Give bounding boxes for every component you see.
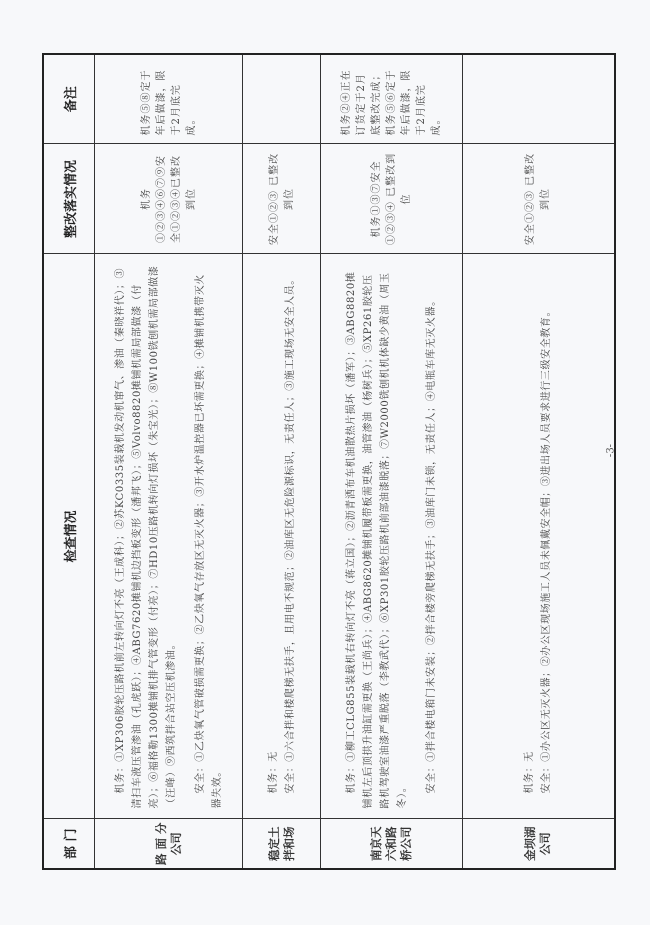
rectification-cell: 机务①③⑦安全①②③④ 已整改到位 bbox=[321, 144, 463, 254]
department-cell: 金坝湖 公司 bbox=[463, 819, 615, 869]
inspection-cell: 机务：无 安全：①办公区无灭火器；②办公区现场施工人员未佩戴安全帽；③进出场人员… bbox=[463, 254, 615, 819]
machinery-findings: 机务：①XP306胶轮压路机前左转向灯不亮（王成科）；②苏KC0335装载机发动… bbox=[112, 265, 180, 809]
safety-findings: 安全：①办公区无灭火器；②办公区现场施工人员未佩戴安全帽；③进出场人员要求进行三… bbox=[538, 265, 555, 809]
inspection-table-sheet: 部 门 检查情况 整改落实情况 备注 路 面 分公司 机务：①XP306胶轮压路… bbox=[42, 55, 612, 870]
table-row: 南京天 六和路 桥公司 机务：①柳工CLG855装载机右转向灯不亮（蒋立国）；②… bbox=[321, 54, 463, 869]
inspection-cell: 机务：①柳工CLG855装载机右转向灯不亮（蒋立国）；②沥青洒布车机油散热片损坏… bbox=[321, 254, 463, 819]
inspection-table: 部 门 检查情况 整改落实情况 备注 路 面 分公司 机务：①XP306胶轮压路… bbox=[42, 53, 616, 870]
inspection-cell: 机务：①XP306胶轮压路机前左转向灯不亮（王成科）；②苏KC0335装载机发动… bbox=[95, 254, 243, 819]
machinery-findings: 机务：无 bbox=[521, 265, 538, 809]
rectification-cell: 安全①②③ 已整改到位 bbox=[243, 144, 321, 254]
safety-findings: 安全：①乙炔氧气管破损需更换；②乙炔氧气存放区无灭火器；③开水炉温控器已坏需更换… bbox=[192, 265, 226, 809]
page-number: -3- bbox=[606, 436, 617, 466]
safety-findings: 安全：①六合拌和楼爬梯无扶手，且用电不规范；②油库区无危险源标识，无责任人；③施… bbox=[282, 265, 299, 809]
inspection-cell: 机务：无 安全：①六合拌和楼爬梯无扶手，且用电不规范；②油库区无危险源标识，无责… bbox=[243, 254, 321, 819]
department-cell: 路 面 分公司 bbox=[95, 819, 243, 869]
machinery-findings: 机务：无 bbox=[265, 265, 282, 809]
table-header-row: 部 门 检查情况 整改落实情况 备注 bbox=[43, 54, 95, 869]
safety-findings: 安全：①拌合楼电箱门未安装；②拌合楼旁爬梯无扶手；③油库门未锁，无责任人；④电瓶… bbox=[423, 265, 440, 809]
header-rectification: 整改落实情况 bbox=[43, 144, 95, 254]
header-department: 部 门 bbox=[43, 819, 95, 869]
table-row: 稳定土 拌和场 机务：无 安全：①六合拌和楼爬梯无扶手，且用电不规范；②油库区无… bbox=[243, 54, 321, 869]
department-cell: 稳定土 拌和场 bbox=[243, 819, 321, 869]
table-row: 金坝湖 公司 机务：无 安全：①办公区无灭火器；②办公区现场施工人员未佩戴安全帽… bbox=[463, 54, 615, 869]
remarks-cell bbox=[243, 54, 321, 144]
header-remarks: 备注 bbox=[43, 54, 95, 144]
remarks-cell: 机务⑤⑧定于年后做漆，限于2月底完成。 bbox=[95, 54, 243, 144]
rectification-cell: 机务①②③④⑥⑦⑨安全①②③④已整改到位 bbox=[95, 144, 243, 254]
remarks-cell bbox=[463, 54, 615, 144]
machinery-findings: 机务：①柳工CLG855装载机右转向灯不亮（蒋立国）；②沥青洒布车机油散热片损坏… bbox=[343, 265, 411, 809]
remarks-cell: 机务②④正在订货定于2月底整改完成；机务⑤⑥定于年后做漆，限于2月底完成。 bbox=[321, 54, 463, 144]
table-row: 路 面 分公司 机务：①XP306胶轮压路机前左转向灯不亮（王成科）；②苏KC0… bbox=[95, 54, 243, 869]
department-cell: 南京天 六和路 桥公司 bbox=[321, 819, 463, 869]
header-inspection: 检查情况 bbox=[43, 254, 95, 819]
rectification-cell: 安全①②③ 已整改到位 bbox=[463, 144, 615, 254]
